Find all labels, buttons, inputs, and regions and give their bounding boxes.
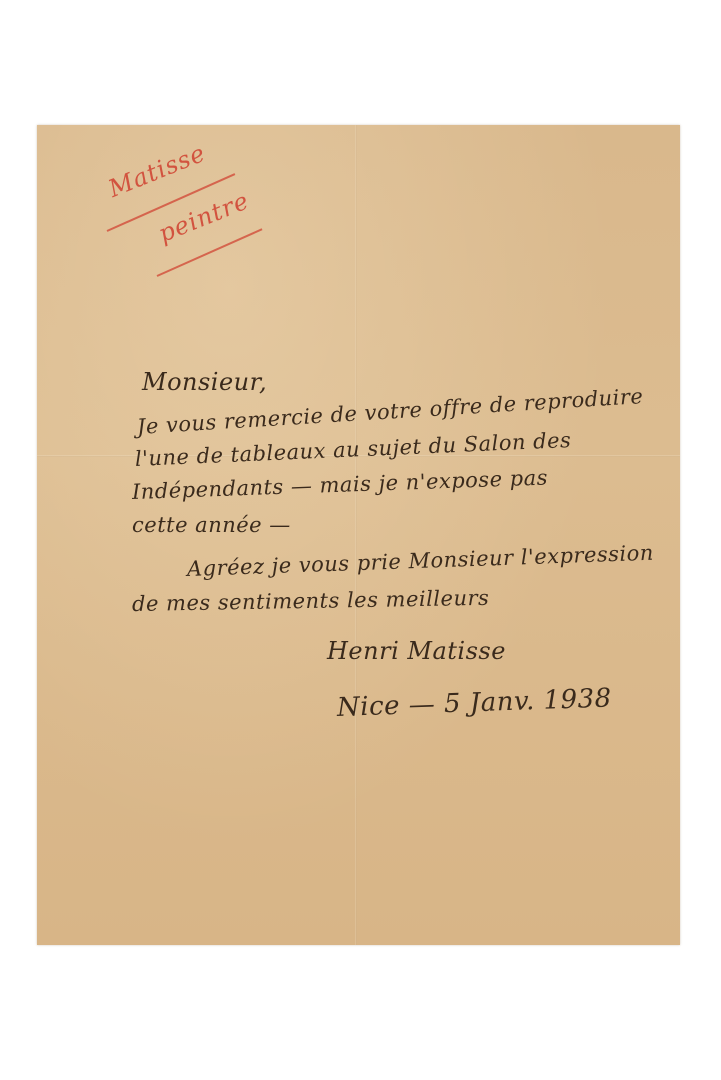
vertical-fold-line <box>355 125 357 945</box>
signature: Henri Matisse <box>327 637 506 665</box>
body-line-5: Agréez je vous prie Monsieur l'expressio… <box>187 541 655 581</box>
salutation: Monsieur, <box>142 368 267 396</box>
body-line-3: Indépendants — mais je n'expose pas <box>132 465 549 504</box>
body-line-6: de mes sentiments les meilleurs <box>132 586 490 616</box>
letter-sheet: Matisse peintre Monsieur, Je vous remerc… <box>37 125 680 945</box>
place-and-date: Nice — 5 Janv. 1938 <box>336 683 612 723</box>
body-line-4: cette année — <box>132 513 291 537</box>
